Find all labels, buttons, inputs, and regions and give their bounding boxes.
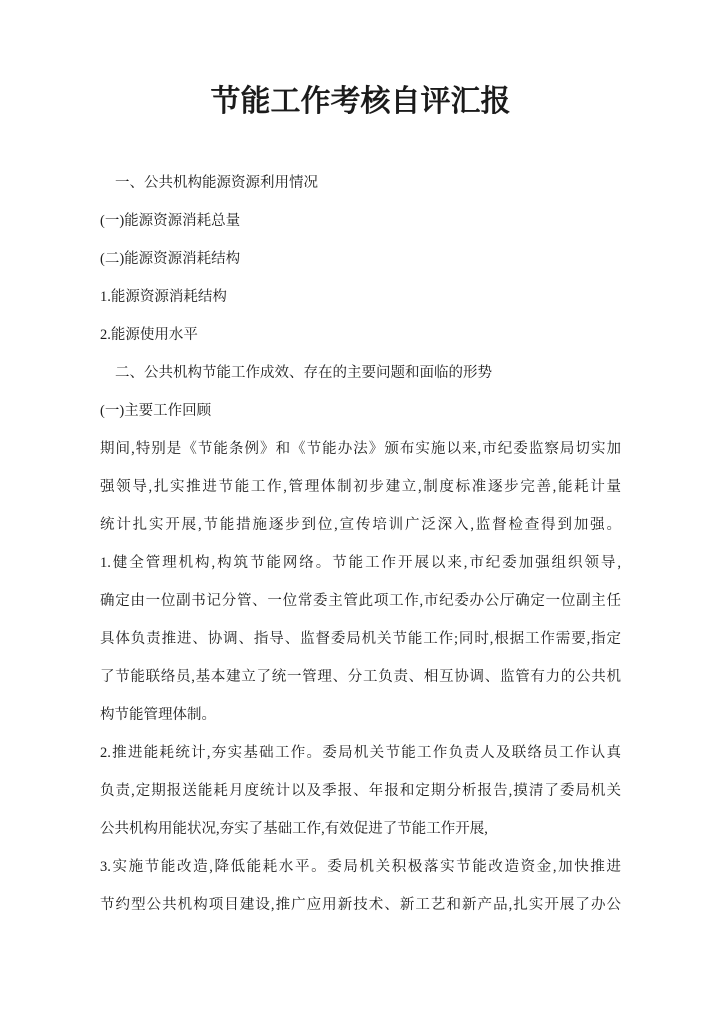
text-line: 了节能联络员,基本建立了统一管理、分工负责、相互协调、监管有力的公共机 (100, 658, 621, 696)
text-line: 节约型公共机构项目建设,推广应用新技术、新工艺和新产品,扎实开展了办公 (100, 886, 621, 924)
text-line: 一、公共机构能源资源利用情况 (100, 164, 621, 202)
text-line: 二、公共机构节能工作成效、存在的主要问题和面临的形势 (100, 354, 621, 392)
text-line: (一)主要工作回顾 (100, 392, 621, 430)
text-line: 公共机构用能状况,夯实了基础工作,有效促进了节能工作开展, (100, 810, 621, 848)
text-line: 期间,特别是《节能条例》和《节能办法》颁布实施以来,市纪委监察局切实加 (100, 430, 621, 468)
text-line: 具体负责推进、协调、指导、监督委局机关节能工作;同时,根据工作需要,指定 (100, 620, 621, 658)
text-line: 确定由一位副书记分管、一位常委主管此项工作,市纪委办公厅确定一位副主任 (100, 582, 621, 620)
text-line: 2.推进能耗统计,夯实基础工作。委局机关节能工作负责人及联络员工作认真 (100, 734, 621, 772)
text-line: 1.能源资源消耗结构 (100, 278, 621, 316)
document-title: 节能工作考核自评汇报 (0, 0, 721, 120)
text-line: 3.实施节能改造,降低能耗水平。委局机关积极落实节能改造资金,加快推进 (100, 848, 621, 886)
text-line: 强领导,扎实推进节能工作,管理体制初步建立,制度标准逐步完善,能耗计量 (100, 468, 621, 506)
text-line: 负责,定期报送能耗月度统计以及季报、年报和定期分析报告,摸清了委局机关 (100, 772, 621, 810)
document-body: 一、公共机构能源资源利用情况(一)能源资源消耗总量(二)能源资源消耗结构1.能源… (100, 164, 621, 924)
text-line: 2.能源使用水平 (100, 316, 621, 354)
text-line: (一)能源资源消耗总量 (100, 202, 621, 240)
text-line: 构节能管理体制。 (100, 696, 621, 734)
document-page: 节能工作考核自评汇报 一、公共机构能源资源利用情况(一)能源资源消耗总量(二)能… (0, 0, 721, 1020)
text-line: 统计扎实开展,节能措施逐步到位,宣传培训广泛深入,监督检查得到加强。 (100, 506, 621, 544)
text-line: 1.健全管理机构,构筑节能网络。节能工作开展以来,市纪委加强组织领导, (100, 544, 621, 582)
text-line: (二)能源资源消耗结构 (100, 240, 621, 278)
